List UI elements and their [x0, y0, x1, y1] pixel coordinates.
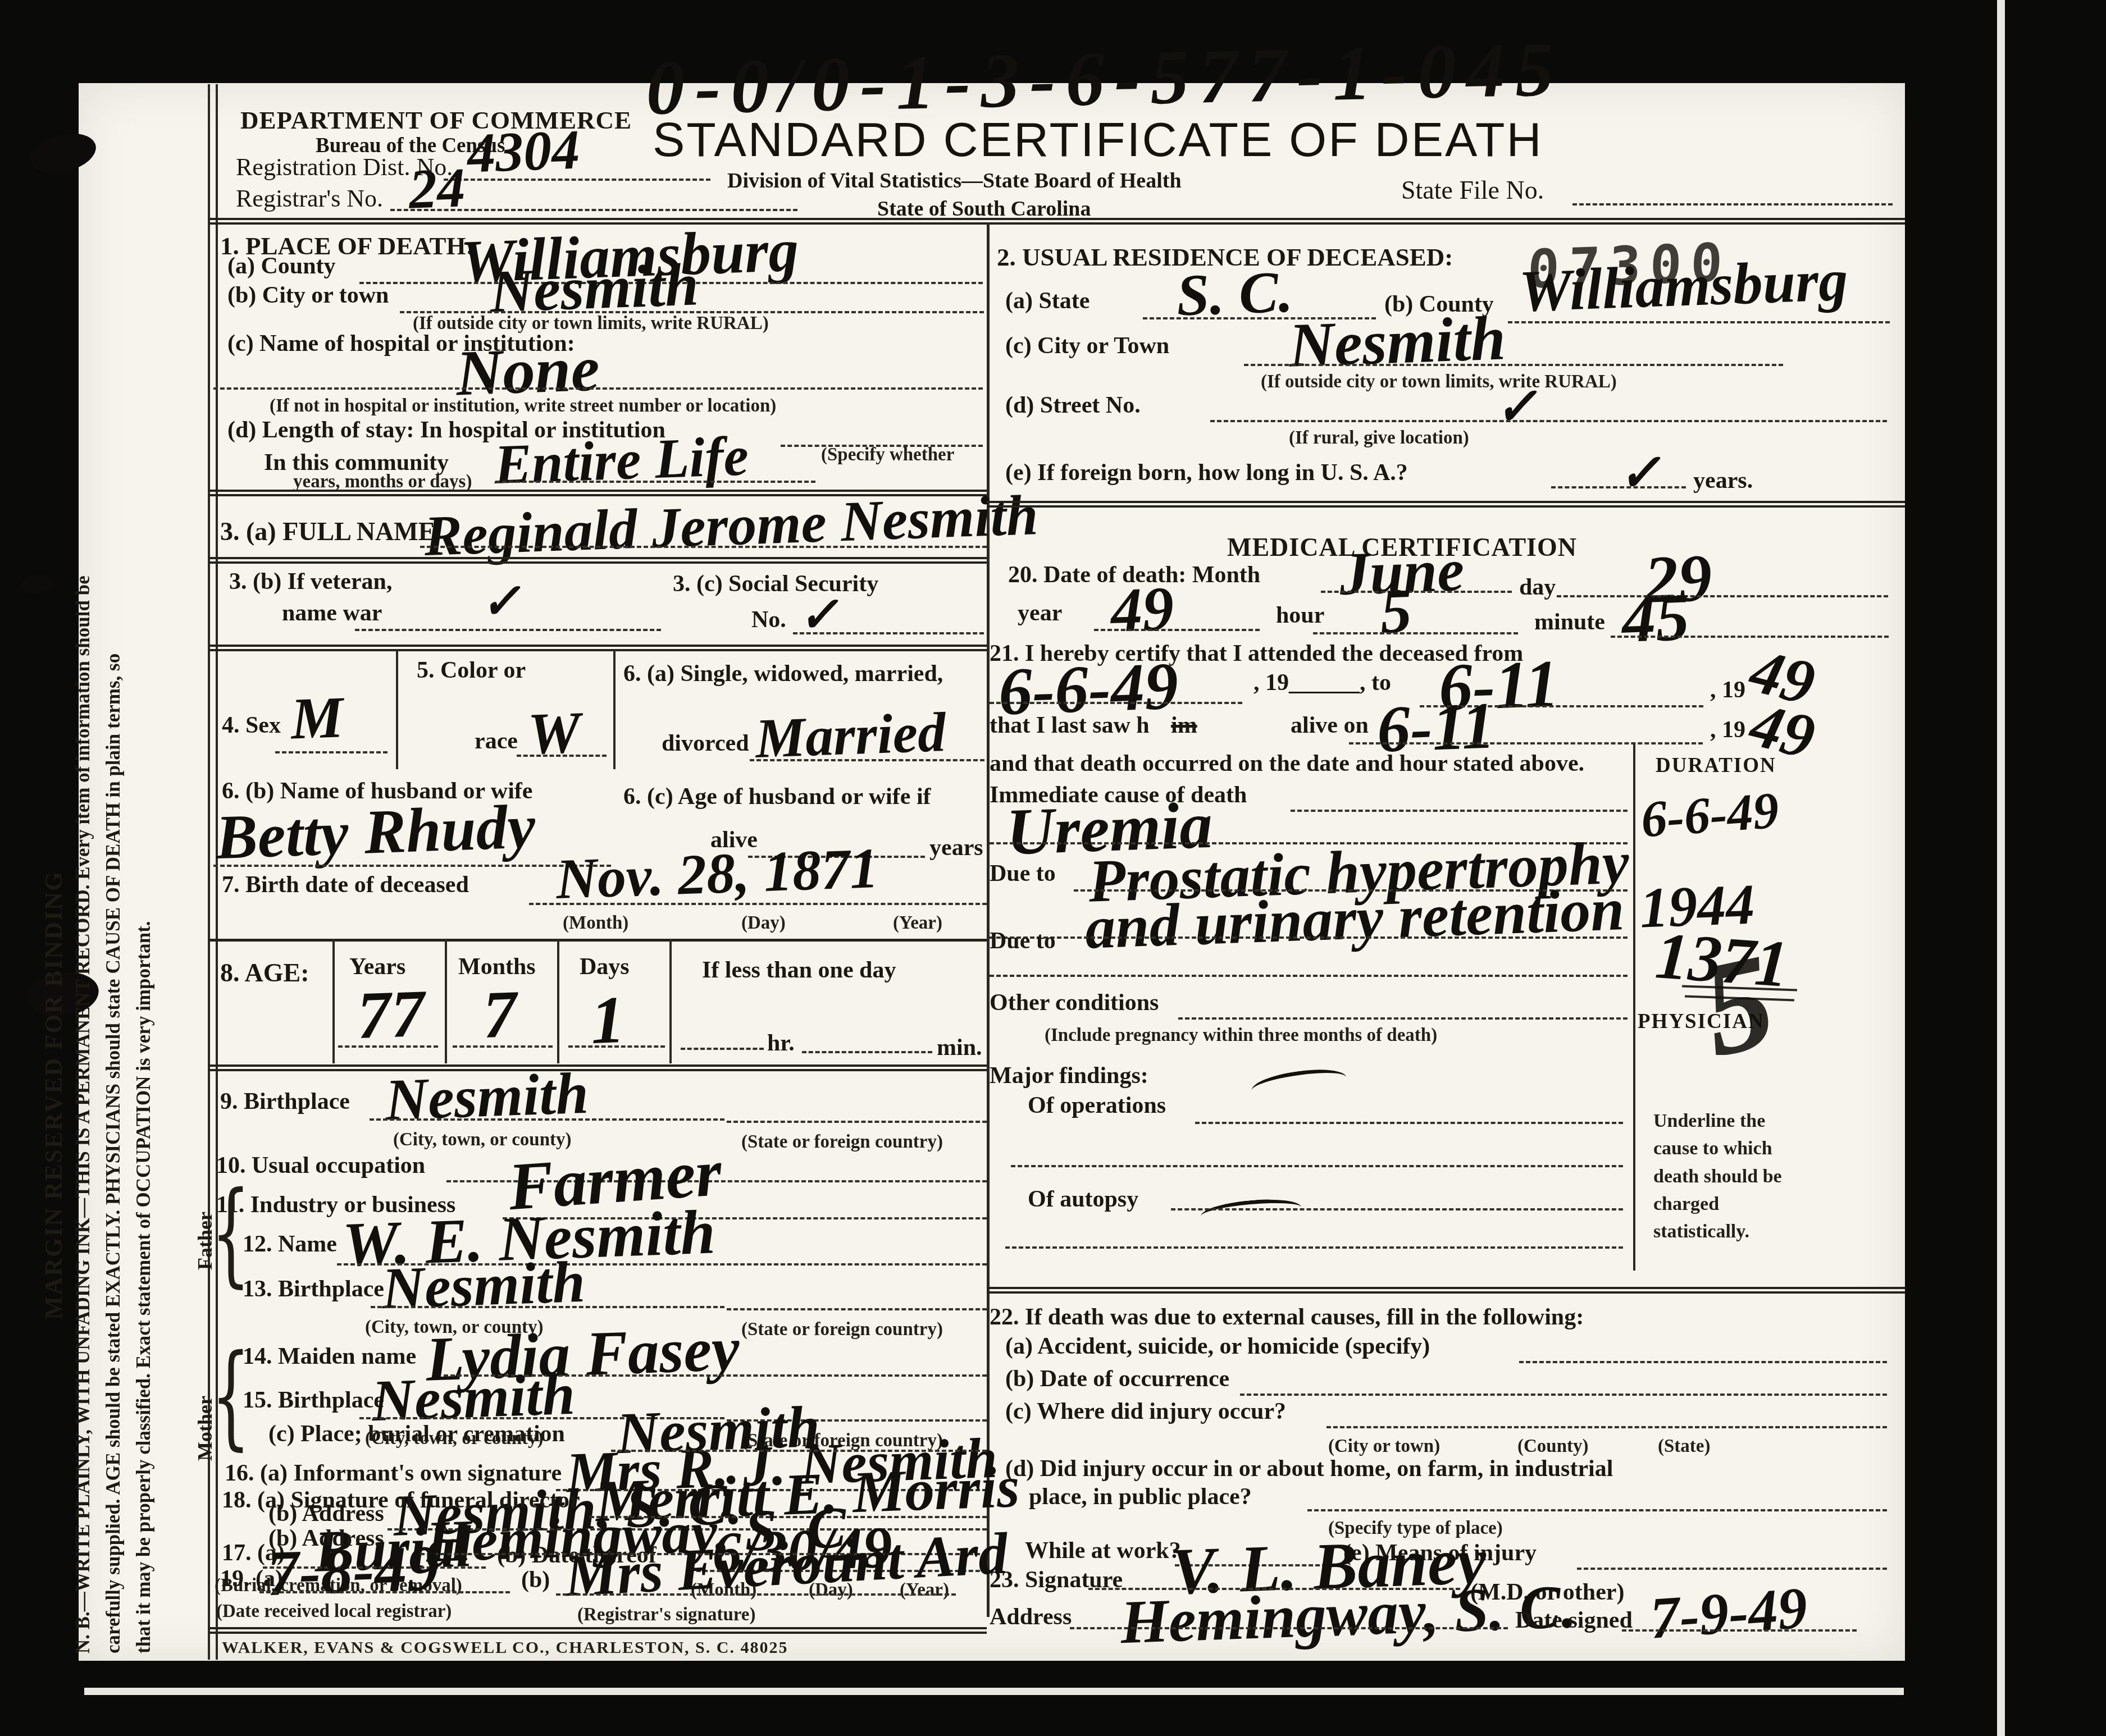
s2a-state-label: (a) State: [1005, 287, 1090, 314]
printer-credit: WALKER, EVANS & COGSWELL CO., CHARLESTON…: [222, 1638, 788, 1657]
scan-border-right: [1905, 0, 2106, 1736]
major-findings-label: Major findings:: [990, 1062, 1148, 1089]
s5-race-value: W: [527, 698, 582, 768]
due2-label: Due to: [990, 928, 1056, 954]
age-table-top-rule: [209, 939, 987, 942]
s12-fathername-label: 12. Name: [243, 1231, 337, 1258]
s3c-no-label: No.: [751, 606, 786, 633]
leader-line: [355, 629, 661, 631]
leader-line: [1572, 203, 1893, 205]
leader-line: [1508, 321, 1890, 323]
age-cell-divider: [445, 939, 447, 1063]
leader-line: [990, 702, 1242, 704]
s2d-street-label: (d) Street No.: [1005, 392, 1141, 419]
leader-line: [1178, 1017, 1628, 1020]
age-cell-divider: [332, 939, 335, 1063]
s22a-label: (a) Accident, suicide, or homicide (spec…: [1005, 1333, 1430, 1360]
s2c-city-label: (c) City or Town: [1005, 332, 1169, 359]
state-subtitle: State of South Carolina: [877, 197, 1091, 221]
leader-line: [681, 1048, 764, 1050]
leader-line: [1210, 420, 1887, 422]
s22c-label: (c) Where did injury occur?: [1005, 1398, 1286, 1425]
leader-line: [259, 1591, 510, 1593]
margin-note-line3: that it may be properly classified. Exac…: [133, 921, 155, 1653]
s21-certify-line2a: that I last saw h: [990, 712, 1150, 739]
leader-line: [444, 179, 710, 181]
s19a-datereceived-value: 7-8-49: [266, 1531, 440, 1611]
section-rule: [209, 645, 987, 651]
s2e-foreignborn-label: (e) If foreign born, how long in U. S. A…: [1005, 459, 1408, 486]
footer-rule: [209, 1627, 987, 1634]
s9-note2: (State or foreign country): [741, 1132, 943, 1153]
s21-certify-line2b: alive on: [1291, 712, 1369, 739]
duration-column-divider: [1633, 744, 1635, 1271]
s8-days-header: Days: [580, 953, 630, 980]
s15-motherbirthplace-label: 15. Birthplace: [243, 1387, 384, 1414]
leader-line: [1005, 1246, 1623, 1249]
s22b-label: (b) Date of occurrence: [1005, 1365, 1229, 1392]
leader-line: [338, 1045, 438, 1048]
margin-note-line1: N. B.—WRITE PLAINLY, WITH UNFADING INK—T…: [72, 575, 94, 1653]
death-certificate-scan: MARGIN RESERVED FOR BINDING N. B.—WRITE …: [0, 0, 2106, 1736]
registration-district-value: 4304: [466, 117, 581, 186]
s22c-note3: (State): [1658, 1436, 1710, 1457]
leader-line: [1195, 1122, 1623, 1124]
s1c-note: (If not in hospital or institution, writ…: [270, 396, 776, 417]
s20-year-value: 49: [1110, 573, 1175, 647]
s20-hour-label: hour: [1276, 602, 1324, 629]
leader-line: [750, 759, 984, 761]
s6c-age-label: 6. (c) Age of husband or wife if: [623, 783, 931, 810]
s1b-city-label: (b) City or town: [227, 282, 389, 309]
s1-community-value: Entire Life: [493, 423, 749, 497]
s5-race-label: race: [475, 728, 518, 755]
leader-line: [1313, 632, 1518, 634]
leader-line: [1240, 1394, 1887, 1396]
s3c-ssn-label: 3. (c) Social Security: [673, 570, 878, 597]
s20-minute-value: 45: [1621, 578, 1691, 658]
s19b-label: (b): [521, 1566, 550, 1593]
leader-line: [568, 1045, 665, 1048]
registrars-number-value: 24: [408, 155, 466, 221]
due1-label: Due to: [990, 860, 1056, 887]
leader-line: [529, 903, 987, 905]
margin-binding-text: MARGIN RESERVED FOR BINDING: [39, 871, 68, 1319]
scan-border-bottom: [0, 1661, 2106, 1736]
s3b-veteran-check: ✓: [480, 573, 522, 630]
s1-community-note1: (Specify whether: [821, 445, 954, 465]
leader-line: [1321, 591, 1512, 593]
s6b-spouse-value: Betty Rhudy: [215, 791, 537, 874]
section-rule: [209, 1065, 987, 1071]
leader-line: [1244, 364, 1783, 366]
s23-datesigned-value: 7-9-49: [1648, 1573, 1809, 1652]
s3c-ssn-check: ✓: [797, 587, 840, 643]
s3b-veteran-label: 3. (b) If veteran,: [229, 568, 392, 595]
leader-line: [1070, 1627, 1508, 1629]
leader-line: [1011, 1165, 1623, 1167]
leader-line: [990, 975, 1628, 977]
age-cell-divider: [669, 939, 672, 1063]
s21-mid2: , 19: [1710, 677, 1745, 703]
s7-month-note: (Month): [563, 913, 628, 934]
leader-line: [1519, 1361, 1887, 1363]
s22-heading: 22. If death was due to external causes,…: [990, 1304, 1584, 1331]
s7-birthdate-label: 7. Birth date of deceased: [222, 871, 469, 898]
s9-birthplace-value: Nesmith: [384, 1059, 590, 1134]
s3b-namewar-label: name war: [282, 600, 382, 627]
s6c-years-suffix: years: [929, 834, 983, 861]
cell-divider: [613, 650, 616, 769]
of-autopsy-label: Of autopsy: [1028, 1186, 1138, 1213]
leader-line: [802, 1051, 932, 1053]
leader-line: [1307, 1509, 1887, 1511]
s20-minute-label: minute: [1534, 609, 1605, 636]
leader-line: [517, 755, 607, 757]
other-conditions-label: Other conditions: [990, 989, 1159, 1016]
leader-line: [1577, 1568, 1887, 1570]
leader-line: [495, 481, 815, 483]
leader-line: [371, 1306, 724, 1308]
leader-line: [727, 1121, 987, 1123]
s20-day-label: day: [1519, 574, 1556, 601]
scan-border-left: [0, 0, 79, 1736]
s3a-fullname-label: 3. (a) FULL NAME: [220, 517, 435, 546]
s22d-label-line1: (d) Did injury occur in or about home, o…: [1005, 1455, 1613, 1482]
s19b-note: (Registrar's signature): [577, 1605, 755, 1625]
s4-sex-value: M: [290, 683, 345, 752]
s20-hour-value: 5: [1379, 575, 1413, 648]
leader-line: [1171, 1208, 1623, 1210]
state-file-label: State File No.: [1401, 175, 1544, 205]
s8-days-value: 1: [590, 981, 626, 1059]
s8-hr-label: hr.: [767, 1030, 795, 1057]
s2e-years-suffix: years.: [1693, 467, 1753, 494]
center-divider: [987, 223, 990, 1617]
s23-datesigned-label: Date signed: [1515, 1607, 1633, 1634]
s8-years-value: 77: [356, 975, 426, 1054]
immediate-cause-duration: 6-6-49: [1639, 780, 1781, 849]
leader-line: [556, 1593, 956, 1596]
s21-him-strike: im: [1171, 712, 1197, 739]
underline-cause-sidebar: Underline the cause to which death shoul…: [1653, 1107, 1785, 1245]
s8-less-header: If less than one day: [702, 957, 896, 984]
s21-certify-line3: and that death occurred on the date and …: [990, 750, 1584, 777]
age-cell-divider: [557, 939, 559, 1063]
leader-line: [1551, 486, 1686, 488]
s5-color-label: 5. Color or: [417, 657, 526, 684]
section-rule: [987, 501, 1905, 508]
s22d-label-line2: place, in public place?: [1029, 1483, 1252, 1510]
s21-mid3: , 19: [1710, 716, 1745, 743]
s7-birthdate-value: Nov. 28, 1871: [555, 835, 879, 912]
s13-fatherbirthplace-label: 13. Birthplace: [243, 1276, 384, 1303]
leader-line: [213, 865, 611, 867]
s17c-place-value: Nesmith: [616, 1392, 821, 1468]
s23-address-label: Address: [990, 1603, 1072, 1630]
s2b-county-value: Williamsburg: [1518, 246, 1849, 325]
leader-line: [611, 1450, 987, 1452]
leader-line: [390, 209, 797, 211]
leader-line: [793, 632, 984, 634]
s17c-place-label: (c) Place; burial or cremation: [268, 1420, 565, 1447]
leader-line: [990, 936, 1628, 939]
s2c-city-value: Nesmith: [1288, 302, 1507, 382]
leader-line: [727, 1308, 987, 1310]
leader-line: [1622, 1629, 1857, 1632]
leader-line: [213, 387, 983, 390]
s7-year-note: (Year): [893, 913, 942, 934]
s13-fatherbirthplace-value: Nesmith: [381, 1248, 586, 1323]
leader-line: [1291, 810, 1628, 812]
s20-year-label: year: [1018, 600, 1062, 627]
s1a-county-label: (a) County: [227, 253, 336, 280]
duration-header: DURATION: [1656, 753, 1776, 778]
s22c-note2: (County): [1517, 1436, 1589, 1457]
s2e-foreignborn-check: ✓: [1617, 443, 1662, 504]
s6a-marital-label: 6. (a) Single, widowed, married,: [623, 660, 943, 687]
s22c-note1: (City or town): [1328, 1436, 1440, 1457]
s4-sex-label: 4. Sex: [222, 712, 281, 739]
leader-line: [1326, 1426, 1887, 1428]
leader-line: [1094, 629, 1260, 631]
leader-line: [370, 1118, 724, 1121]
leader-line: [1611, 636, 1889, 638]
scan-artifact-line-right: [1997, 0, 2005, 1736]
division-subtitle: Division of Vital Statistics—State Board…: [727, 168, 1182, 193]
s21-mid1: , 19______, to: [1253, 669, 1391, 696]
s2c-note: (If outside city or town limits, write R…: [1261, 372, 1617, 392]
of-operations-label: Of operations: [1028, 1092, 1166, 1119]
s8-months-value: 7: [482, 975, 518, 1054]
leader-line: [1349, 742, 1703, 744]
s13-note2: (State or foreign country): [741, 1319, 943, 1340]
other-conditions-note: (Include pregnancy within three months o…: [1045, 1025, 1437, 1046]
s22-work-label: While at work?: [1025, 1537, 1181, 1564]
scan-artifact-line-bottom: [84, 1688, 1904, 1695]
section-rule: [987, 1287, 1905, 1294]
registrars-number-label: Registrar's No.: [236, 184, 383, 213]
s8-min-label: min.: [937, 1034, 982, 1061]
cell-divider: [396, 650, 398, 769]
s2d-note: (If rural, give location): [1289, 428, 1469, 449]
leader-line: [453, 1045, 553, 1048]
s8-age-label: 8. AGE:: [220, 958, 309, 988]
s7-day-note: (Day): [741, 913, 786, 934]
leader-line: [420, 546, 987, 548]
leader-line: [1557, 595, 1888, 597]
s9-birthplace-label: 9. Birthplace: [220, 1088, 350, 1115]
s19a-note: (Date received local registrar): [216, 1601, 452, 1622]
s6a-divorced-label: divorced: [662, 730, 749, 757]
leader-line: [275, 751, 388, 753]
s2d-street-check: ✓: [1494, 377, 1538, 437]
margin-note-line2: carefully supplied. AGE should be stated…: [102, 654, 125, 1653]
section-rule: [209, 557, 987, 564]
